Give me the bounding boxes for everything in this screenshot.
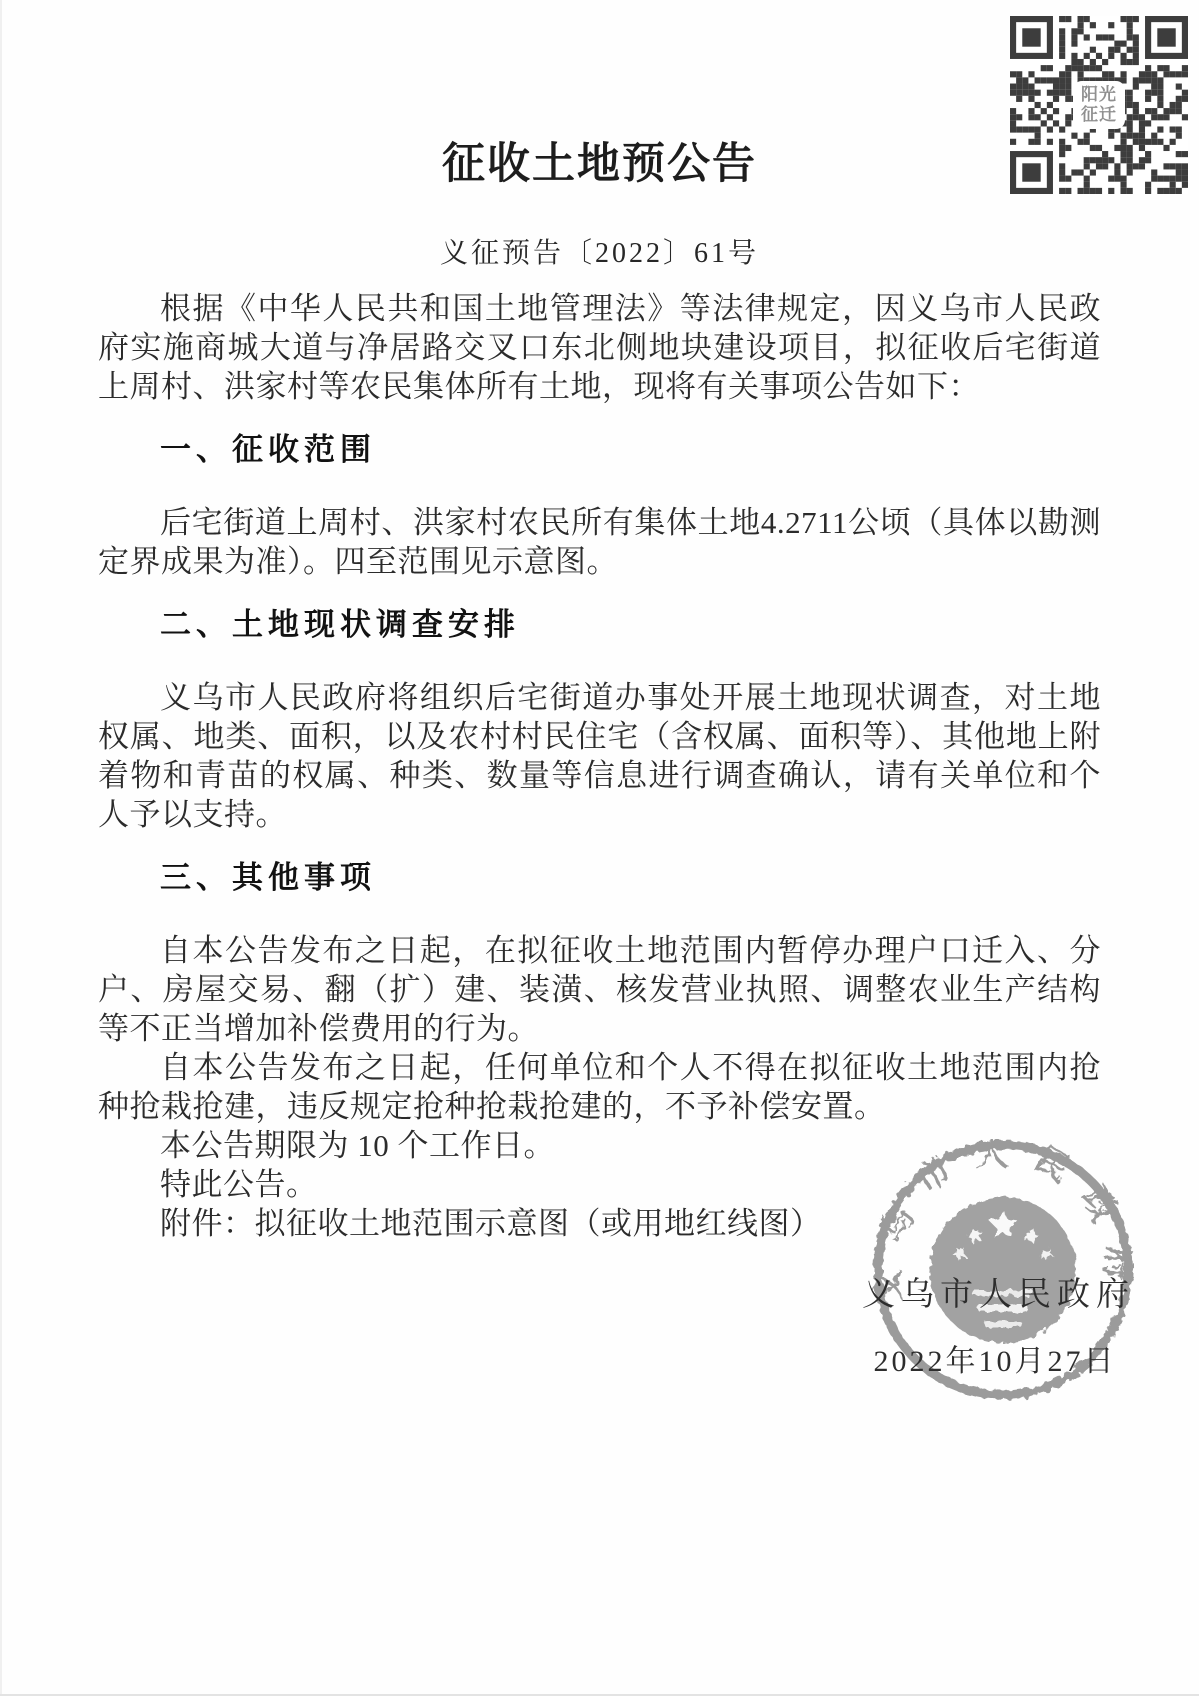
section-3-paragraph-2: 自本公告发布之日起，任何单位和个人不得在拟征收土地范围内抢种抢栽抢建，违反规定抢…: [98, 1048, 1101, 1126]
section-heading-1: 一、征收范围: [98, 430, 1101, 469]
section-heading-2: 二、土地现状调查安排: [98, 605, 1101, 644]
qr-code: 阳光征迁: [1008, 16, 1190, 194]
doc-number: 义征预告〔2022〕61号: [98, 231, 1101, 271]
issuer-signature: 义乌市人民政府: [862, 1268, 1128, 1315]
body-text: 根据《中华人民共和国土地管理法》等法律规定，因义乌市人民政府实施商城大道与净居路…: [98, 289, 1101, 1243]
page-title: 征收土地预公告: [98, 130, 1101, 191]
intro-paragraph: 根据《中华人民共和国土地管理法》等法律规定，因义乌市人民政府实施商城大道与净居路…: [98, 289, 1101, 406]
document-body: 征收土地预公告 义征预告〔2022〕61号 根据《中华人民共和国土地管理法》等法…: [0, 130, 1199, 1243]
issue-date: 2022年10月27日: [862, 1336, 1128, 1380]
signature-block: 义乌市人民政府 2022年10月27日: [862, 1268, 1128, 1380]
section-3-paragraph-1: 自本公告发布之日起，在拟征收土地范围内暂停办理户口迁入、分户、房屋交易、翻（扩）…: [98, 931, 1101, 1048]
qr-center-label: 阳光征迁: [1073, 81, 1125, 129]
announcement-page: 阳光征迁 征收土地预公告 义征预告〔2022〕61号 根据《中华人民共和国土地管…: [0, 0, 1199, 1696]
section-1-paragraph: 后宅街道上周村、洪家村农民所有集体土地4.2711公顷（具体以勘测定界成果为准）…: [98, 503, 1101, 581]
section-2-paragraph: 义乌市人民政府将组织后宅街道办事处开展土地现状调查，对土地权属、地类、面积，以及…: [98, 678, 1101, 834]
section-heading-3: 三、其他事项: [98, 858, 1101, 897]
